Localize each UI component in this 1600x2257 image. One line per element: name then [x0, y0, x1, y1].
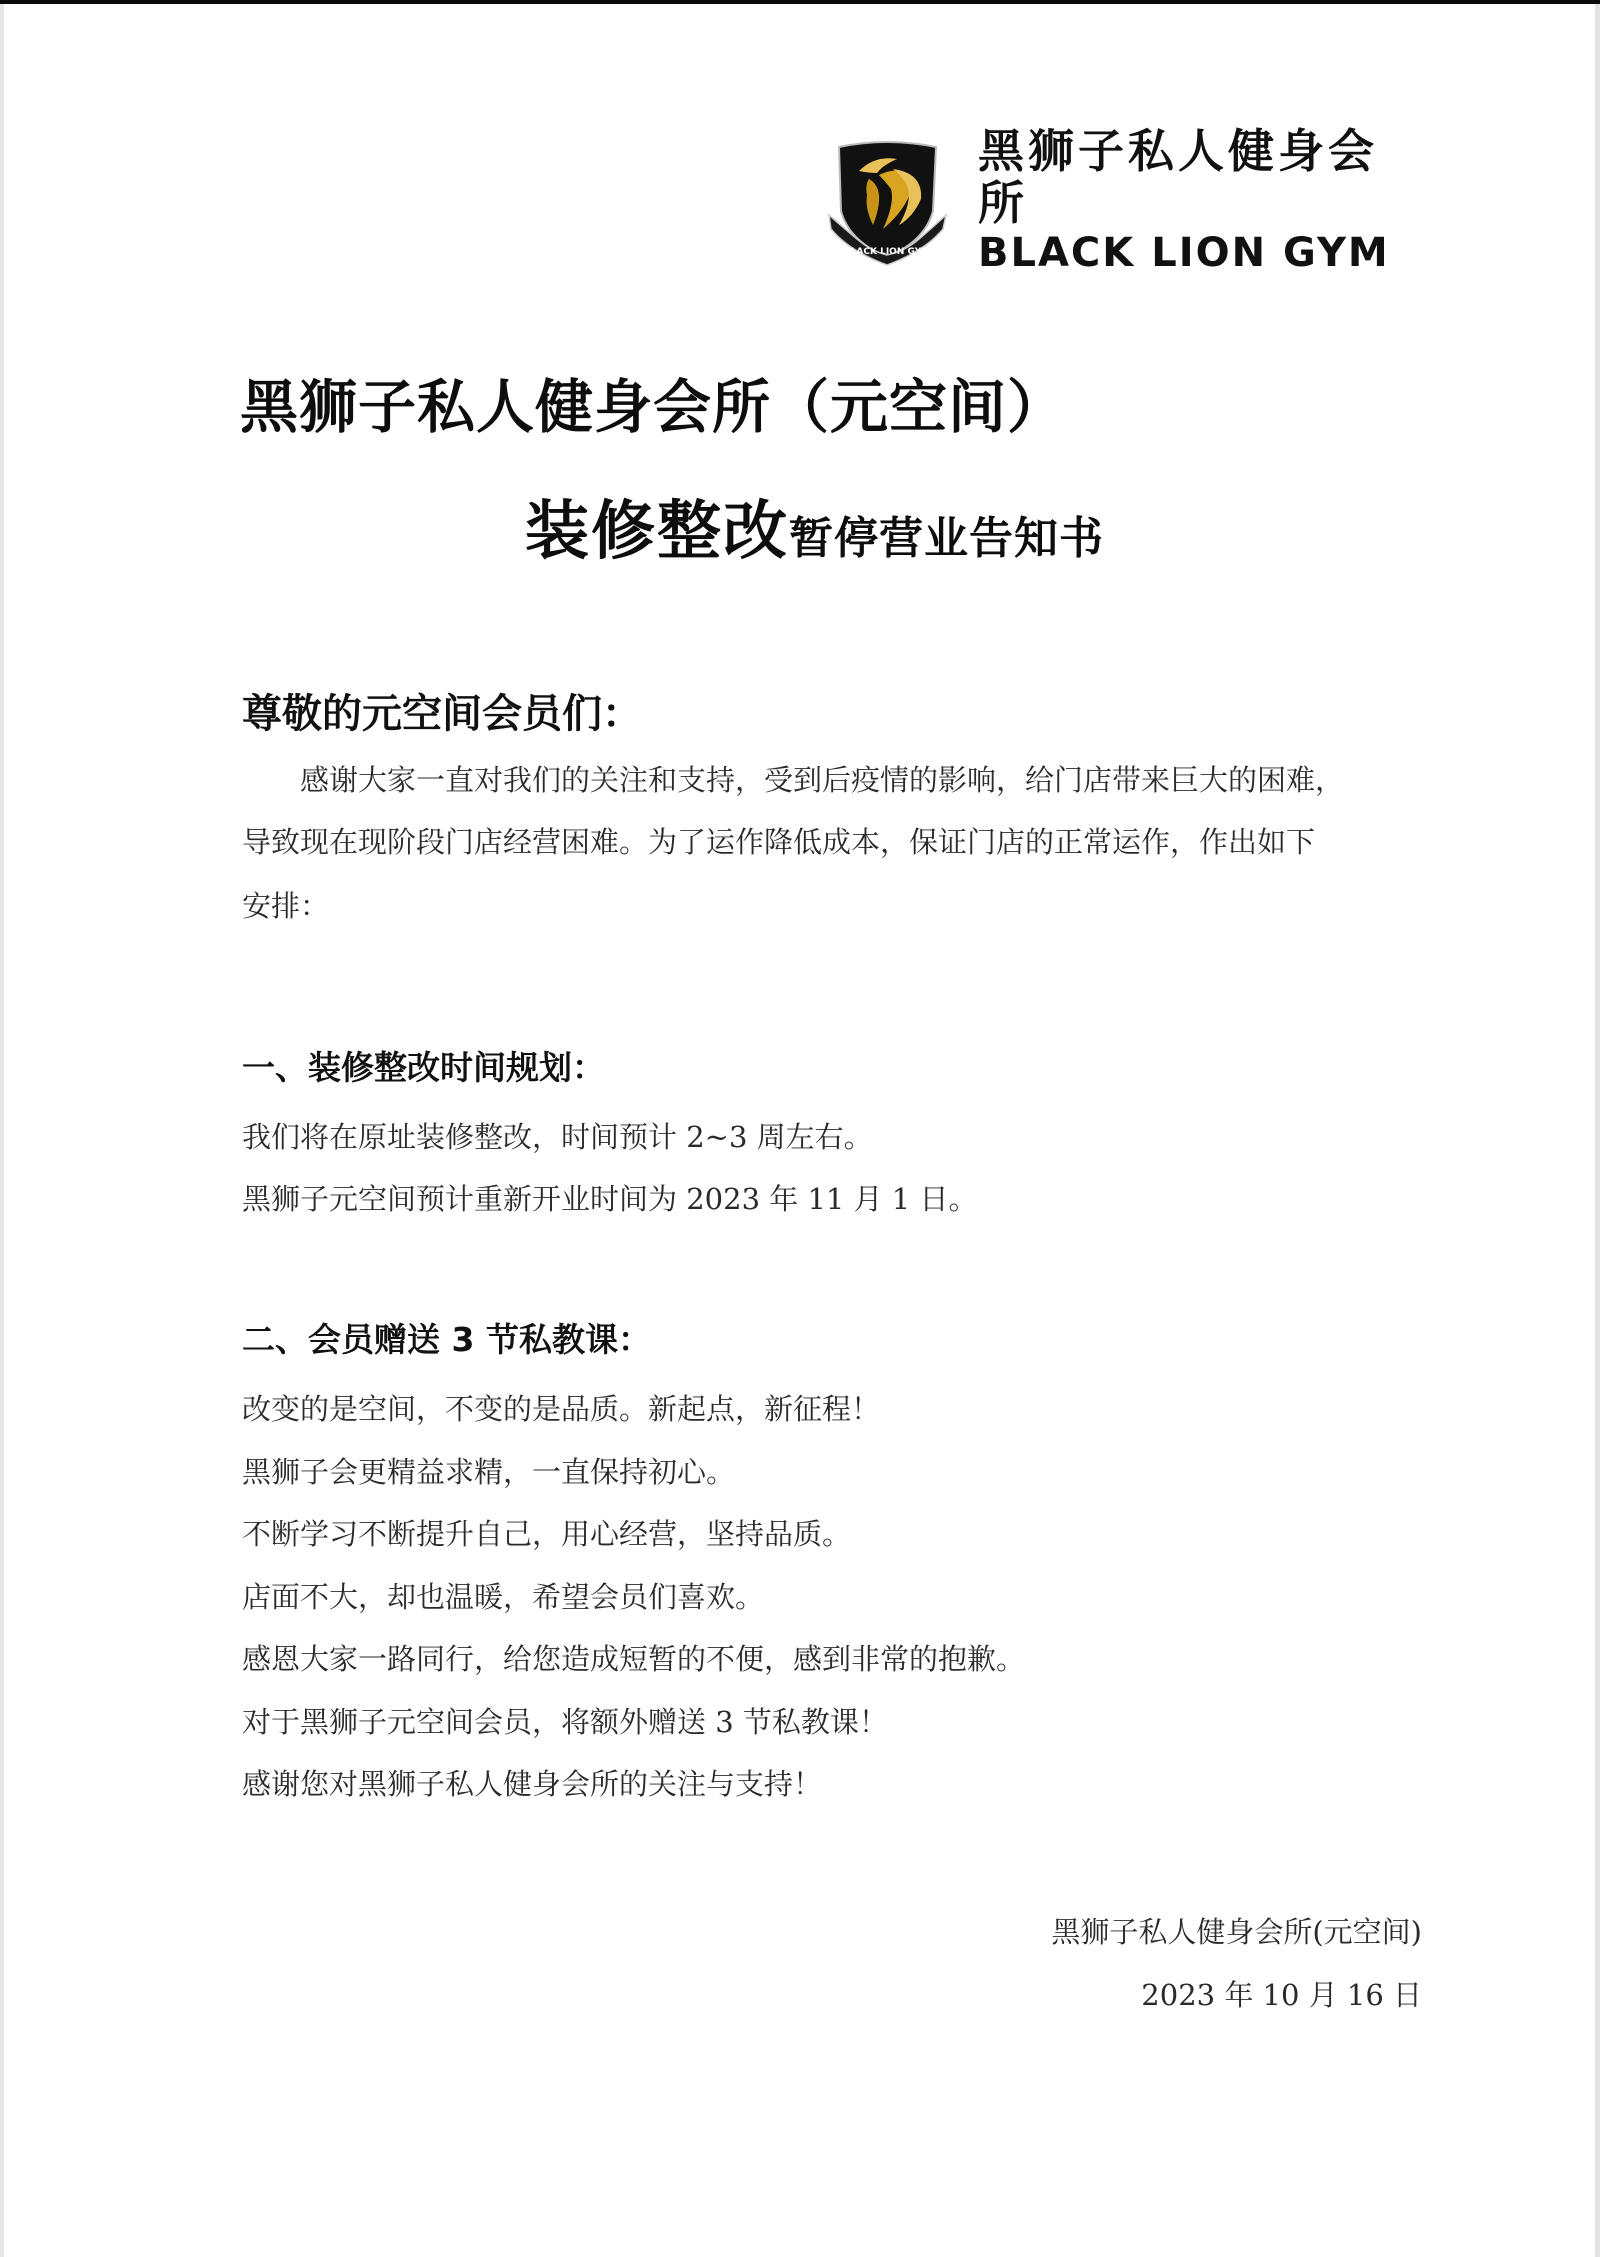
section-2-line-1: 改变的是空间，不变的是品质。新起点，新征程！: [242, 1387, 1422, 1428]
gym-logo: BLACK LION GYM 黑狮子私人健身会所 BLACK LION GYM: [825, 128, 1415, 273]
right-page-edge: [1595, 4, 1600, 2257]
section-2-line-2: 黑狮子会更精益求精，一直保持初心。: [242, 1450, 1422, 1491]
section-1-heading: 一、装修整改时间规划：: [242, 1042, 605, 1089]
section-2-line-6: 对于黑狮子元空间会员，将额外赠送 3 节私教课！: [242, 1700, 1422, 1741]
lion-shield-emblem-icon: BLACK LION GYM: [825, 133, 950, 268]
left-page-edge: [0, 4, 4, 2257]
svg-text:BLACK LION GYM: BLACK LION GYM: [844, 247, 930, 257]
intro-line-2: 导致现在现阶段门店经营困难。为了运作降低成本，保证门店的正常运作，作出如下: [242, 820, 1422, 861]
section-2-line-4: 店面不大，却也温暖，希望会员们喜欢。: [242, 1575, 1422, 1616]
subtitle-suffix: 暂停营业告知书: [789, 513, 1104, 564]
section-1-line-2: 黑狮子元空间预计重新开业时间为 2023 年 11 月 1 日。: [242, 1177, 1422, 1218]
section-2-line-3: 不断学习不断提升自己，用心经营，坚持品质。: [242, 1512, 1422, 1553]
document-subtitle: 装修整改暂停营业告知书: [525, 480, 1104, 572]
section-2-line-5: 感恩大家一路同行，给您造成短暂的不便，感到非常的抱歉。: [242, 1637, 1422, 1678]
logo-english-name: BLACK LION GYM: [978, 229, 1415, 277]
document-title: 黑狮子私人健身会所（元空间）: [240, 360, 1066, 444]
intro-line-3: 安排：: [242, 884, 1422, 925]
top-border: [0, 0, 1600, 4]
logo-chinese-name: 黑狮子私人健身会所: [978, 125, 1415, 229]
section-2-line-7: 感谢您对黑狮子私人健身会所的关注与支持！: [242, 1762, 1422, 1803]
section-2-heading: 二、会员赠送 3 节私教课：: [242, 1314, 651, 1361]
section-1-line-1: 我们将在原址装修整改，时间预计 2~3 周左右。: [242, 1115, 1422, 1156]
greeting-heading: 尊敬的元空间会员们：: [242, 682, 642, 739]
logo-wordmark: 黑狮子私人健身会所 BLACK LION GYM: [978, 125, 1415, 277]
intro-line-1: 感谢大家一直对我们的关注和支持，受到后疫情的影响，给门店带来巨大的困难，: [242, 758, 1422, 799]
signature-organization: 黑狮子私人健身会所(元空间): [1051, 1910, 1422, 1951]
signature-date: 2023 年 10 月 16 日: [1141, 1973, 1422, 2014]
subtitle-emphasis: 装修整改: [525, 495, 789, 569]
